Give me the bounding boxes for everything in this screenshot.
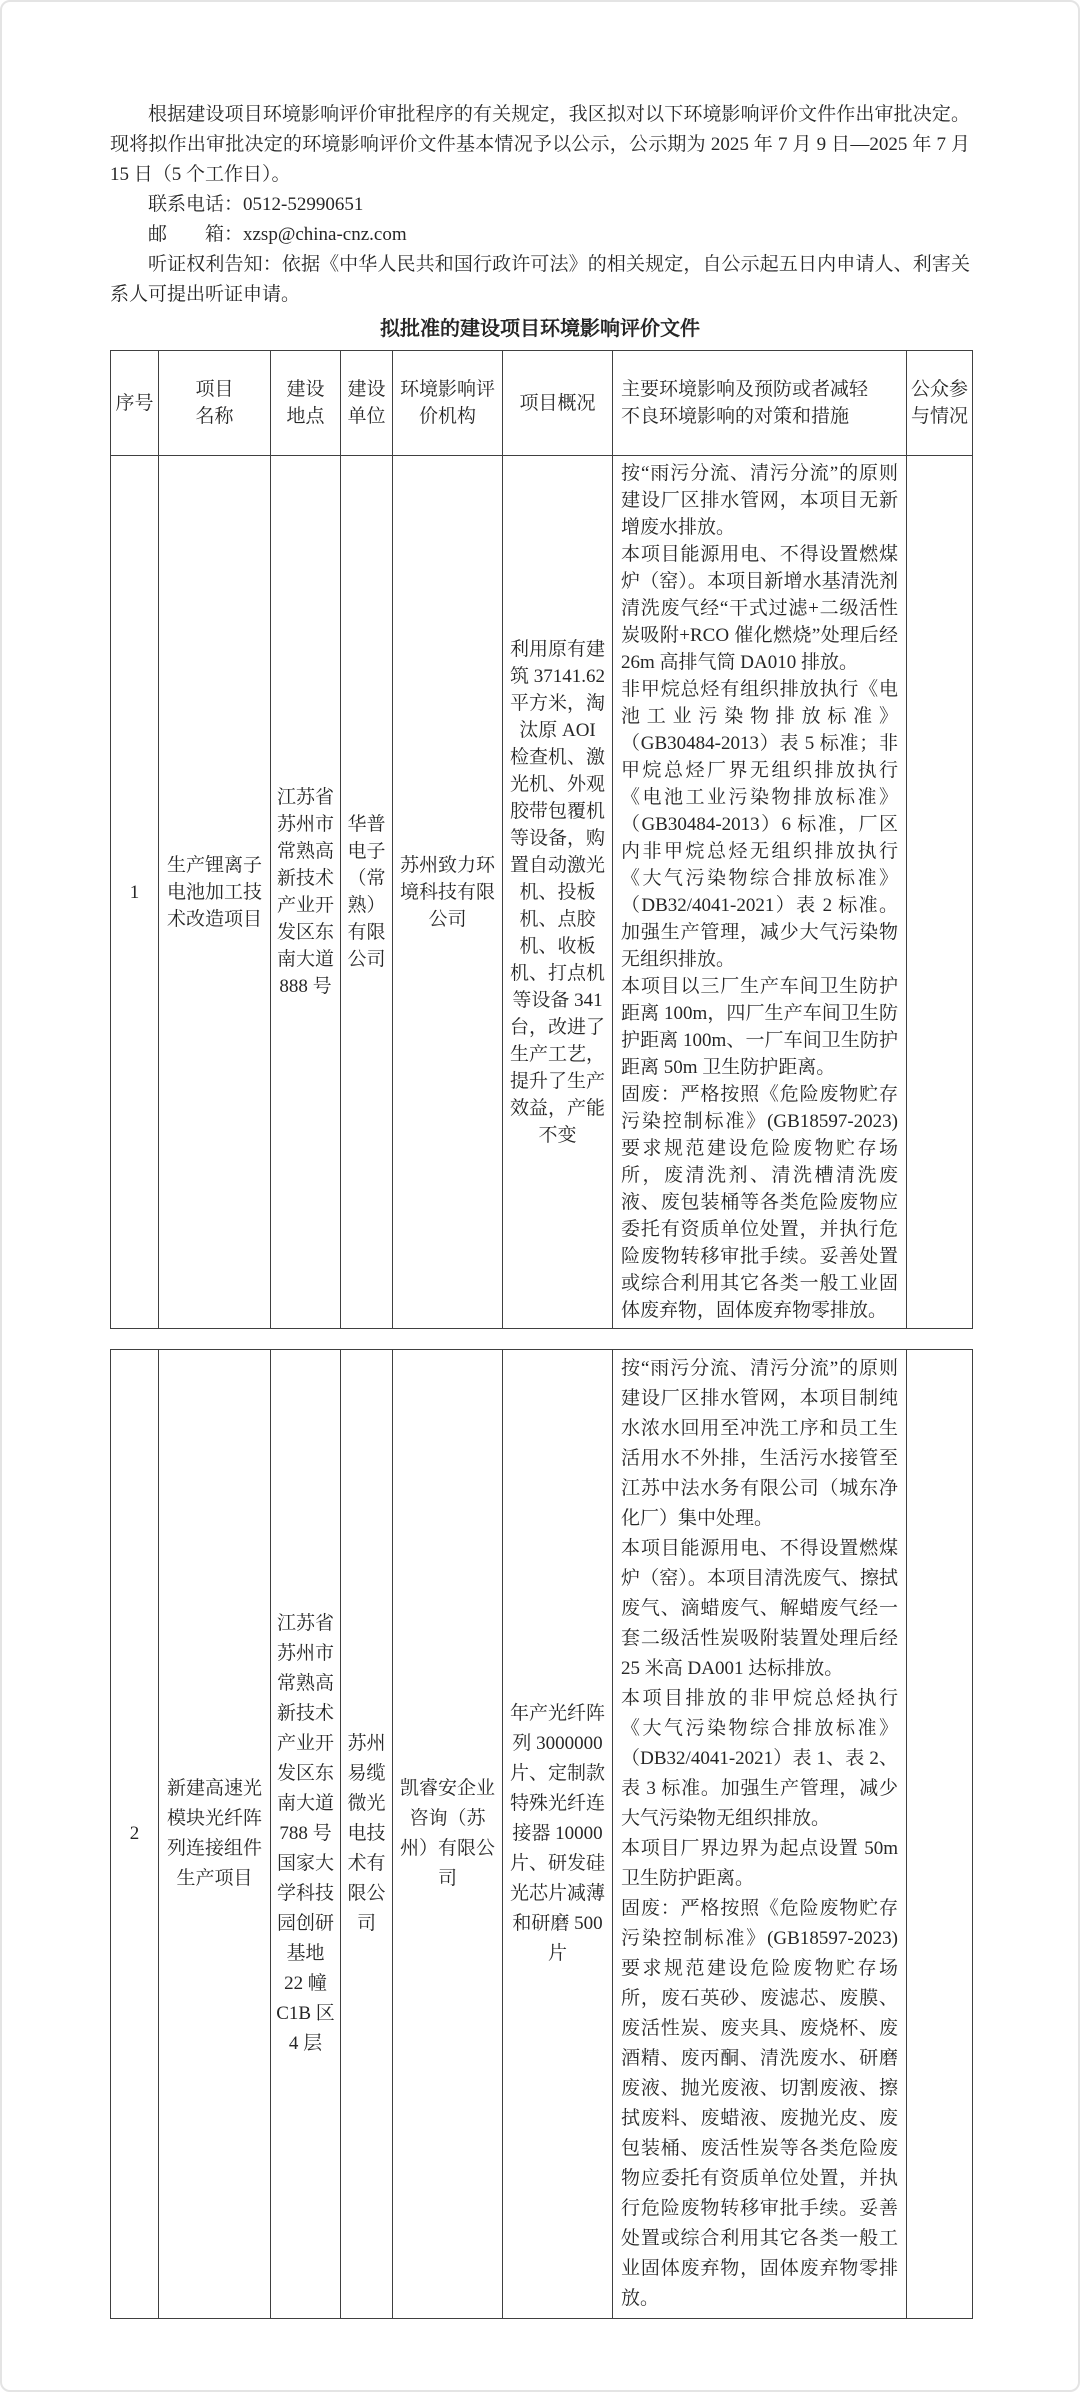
approval-table-project-1: 序号 项目 名称 建设 地点 建设 单位 环境影响评价机构 项目概况 主要环境影…	[110, 350, 973, 1329]
cell-public-participation	[907, 1350, 973, 2319]
cell-overview: 利用原有建筑 37141.62 平方米，淘汰原 AOI 检查机、激光机、外观胶带…	[503, 456, 613, 1329]
header-public-participation: 公众参与情况	[907, 351, 973, 456]
cell-measures: 按“雨污分流、清污分流”的原则建设厂区排水管网，本项目无新增废水排放。 本项目能…	[613, 456, 907, 1329]
header-measures: 主要环境影响及预防或者减轻 不良环境影响的对策和措施	[613, 351, 907, 456]
cell-eia-agency: 凯睿安企业咨询（苏州）有限公司	[393, 1350, 503, 2319]
cell-eia-agency: 苏州致力环境科技有限公司	[393, 456, 503, 1329]
cell-builder: 华普电子（常熟）有限公司	[341, 456, 393, 1329]
contact-phone-line: 联系电话：0512-52990651	[110, 190, 970, 220]
header-eia-agency: 环境影响评价机构	[393, 351, 503, 456]
table-header-row: 序号 项目 名称 建设 地点 建设 单位 环境影响评价机构 项目概况 主要环境影…	[111, 351, 973, 456]
table-title: 拟批准的建设项目环境影响评价文件	[110, 314, 970, 344]
cell-project-name: 新建高速光模块光纤阵列连接组件生产项目	[159, 1350, 271, 2319]
cell-public-participation	[907, 456, 973, 1329]
approval-table-project-2: 2 新建高速光模块光纤阵列连接组件生产项目 江苏省苏州市常熟高新技术产业开发区东…	[110, 1349, 973, 2319]
cell-overview: 年产光纤阵列 3000000 片、定制款特殊光纤连接器 10000 片、研发硅光…	[503, 1350, 613, 2319]
header-seq: 序号	[111, 351, 159, 456]
cell-seq: 2	[111, 1350, 159, 2319]
cell-location: 江苏省苏州市常熟高新技术产业开发区东南大道 788 号国家大学科技园创研基地 2…	[271, 1350, 341, 2319]
table-row-project-1: 1 生产锂离子电池加工技术改造项目 江苏省苏州市常熟高新技术产业开发区东南大道 …	[111, 456, 973, 1329]
cell-location: 江苏省苏州市常熟高新技术产业开发区东南大道 888 号	[271, 456, 341, 1329]
cell-seq: 1	[111, 456, 159, 1329]
hearing-notice-paragraph: 听证权利告知：依据《中华人民共和国行政许可法》的相关规定，自公示起五日内申请人、…	[110, 250, 970, 310]
intro-paragraph: 根据建设项目环境影响评价审批程序的有关规定，我区拟对以下环境影响评价文件作出审批…	[110, 100, 970, 190]
header-project-name: 项目 名称	[159, 351, 271, 456]
cell-measures: 按“雨污分流、清污分流”的原则建设厂区排水管网，本项目制纯水浓水回用至冲洗工序和…	[613, 1350, 907, 2319]
header-location: 建设 地点	[271, 351, 341, 456]
header-overview: 项目概况	[503, 351, 613, 456]
document-page: 根据建设项目环境影响评价审批程序的有关规定，我区拟对以下环境影响评价文件作出审批…	[0, 0, 1080, 2392]
cell-builder: 苏州易缆微光电技术有限公司	[341, 1350, 393, 2319]
cell-project-name: 生产锂离子电池加工技术改造项目	[159, 456, 271, 1329]
header-builder: 建设 单位	[341, 351, 393, 456]
table-row-project-2: 2 新建高速光模块光纤阵列连接组件生产项目 江苏省苏州市常熟高新技术产业开发区东…	[111, 1350, 973, 2319]
contact-email-line: 邮 箱：xzsp@china-cnz.com	[110, 220, 970, 250]
